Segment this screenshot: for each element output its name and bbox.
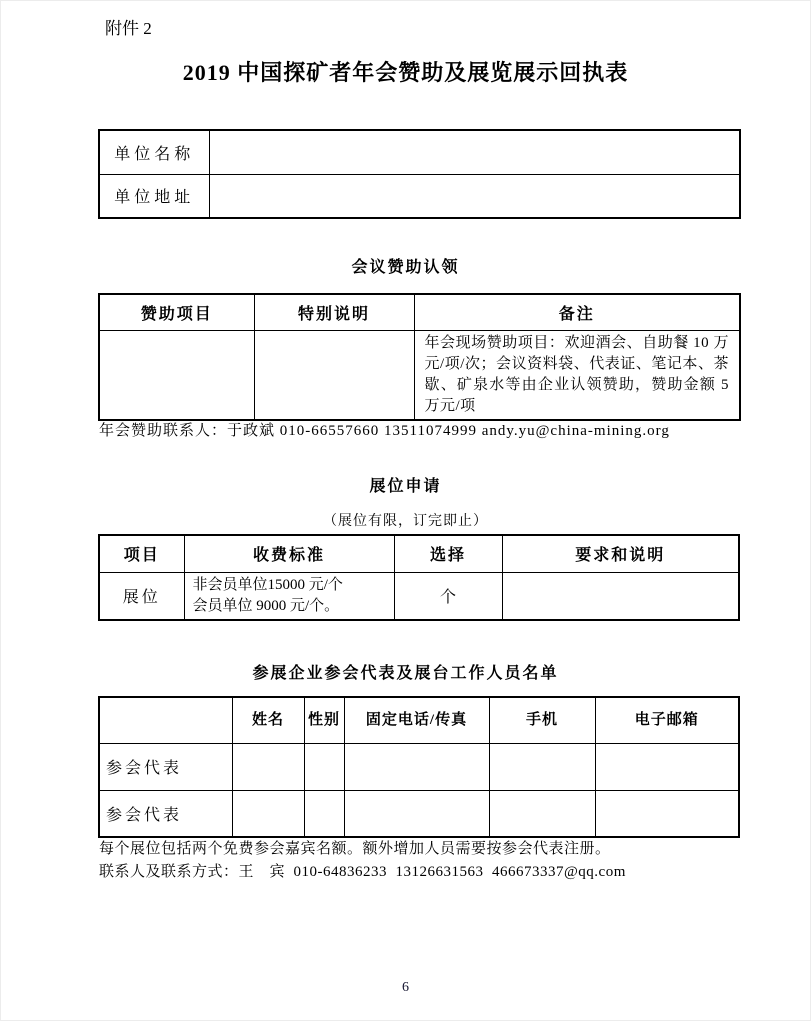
booth-header-item: 项目 [99, 535, 184, 572]
sponsorship-header-remark: 备注 [414, 294, 740, 330]
booth-item-cell: 展位 [99, 572, 184, 620]
staff-table: 姓名 性别 固定电话/传真 手机 电子邮箱 参会代表 参会代表 [98, 696, 740, 838]
sponsorship-remark-cell: 年会现场赞助项目：欢迎酒会、自助餐 10 万元/项/次；会议资料袋、代表证、笔记… [414, 330, 740, 420]
booth-quota-note: 每个展位包括两个免费参会嘉宾名额。额外增加人员需要按参会代表注册。 [99, 837, 611, 858]
exhibition-contact-line: 联系人及联系方式：王 宾 010-64836233 13126631563 46… [99, 860, 626, 881]
staff-row2-phone-cell [344, 790, 489, 837]
staff-row1-gender-cell [304, 743, 344, 790]
staff-header-row: 姓名 性别 固定电话/传真 手机 电子邮箱 [99, 697, 739, 743]
booth-header-choice: 选择 [394, 535, 502, 572]
unit-address-label: 单位地址 [99, 174, 209, 218]
staff-row1-label: 参会代表 [99, 743, 232, 790]
staff-row2-mobile-cell [489, 790, 595, 837]
booth-header-fee: 收费标准 [184, 535, 394, 572]
staff-header-phone-fax: 固定电话/传真 [344, 697, 489, 743]
staff-header-gender: 性别 [304, 697, 344, 743]
unit-name-value-cell [209, 130, 740, 174]
staff-row-2: 参会代表 [99, 790, 739, 837]
booth-fee-line1: 非会员单位15000 元/个 [193, 575, 386, 596]
sponsorship-special-cell [254, 330, 414, 420]
sponsorship-header-row: 赞助项目 特别说明 备注 [99, 294, 740, 330]
unit-info-table: 单位名称 单位地址 [98, 129, 741, 219]
booth-data-row: 展位 非会员单位15000 元/个 会员单位 9000 元/个。 个 [99, 572, 739, 620]
booth-requirement-cell [502, 572, 739, 620]
sponsorship-item-cell [99, 330, 254, 420]
booth-fee-line2: 会员单位 9000 元/个。 [193, 596, 386, 617]
sponsorship-data-row: 年会现场赞助项目：欢迎酒会、自助餐 10 万元/项/次；会议资料袋、代表证、笔记… [99, 330, 740, 420]
staff-header-blank [99, 697, 232, 743]
attachment-label: 附件 2 [105, 14, 152, 39]
sponsorship-table: 赞助项目 特别说明 备注 年会现场赞助项目：欢迎酒会、自助餐 10 万元/项/次… [98, 293, 741, 421]
staff-row2-label: 参会代表 [99, 790, 232, 837]
booth-table: 项目 收费标准 选择 要求和说明 展位 非会员单位15000 元/个 会员单位 … [98, 534, 740, 621]
booth-subtitle: （展位有限，订完即止） [1, 510, 810, 530]
staff-header-email: 电子邮箱 [595, 697, 739, 743]
staff-header-name: 姓名 [232, 697, 304, 743]
staff-row1-email-cell [595, 743, 739, 790]
staff-row1-phone-cell [344, 743, 489, 790]
staff-row1-name-cell [232, 743, 304, 790]
sponsorship-header-item: 赞助项目 [99, 294, 254, 330]
unit-address-row: 单位地址 [99, 174, 740, 218]
unit-name-label: 单位名称 [99, 130, 209, 174]
staff-row2-gender-cell [304, 790, 344, 837]
unit-address-value-cell [209, 174, 740, 218]
staff-section-title: 参展企业参会代表及展台工作人员名单 [1, 660, 810, 683]
unit-name-row: 单位名称 [99, 130, 740, 174]
page-number: 6 [1, 980, 810, 996]
staff-row2-email-cell [595, 790, 739, 837]
sponsorship-section-title: 会议赞助认领 [1, 254, 810, 277]
booth-fee-cell: 非会员单位15000 元/个 会员单位 9000 元/个。 [184, 572, 394, 620]
staff-row1-mobile-cell [489, 743, 595, 790]
booth-choice-cell: 个 [394, 572, 502, 620]
booth-header-row: 项目 收费标准 选择 要求和说明 [99, 535, 739, 572]
document-page: 附件 2 2019 中国探矿者年会赞助及展览展示回执表 单位名称 单位地址 会议… [0, 0, 811, 1021]
staff-header-mobile: 手机 [489, 697, 595, 743]
booth-section-title: 展位申请 [1, 473, 810, 496]
sponsorship-contact-line: 年会赞助联系人：于政斌 010-66557660 13511074999 and… [99, 419, 670, 440]
document-title: 2019 中国探矿者年会赞助及展览展示回执表 [1, 56, 810, 87]
sponsorship-header-special: 特别说明 [254, 294, 414, 330]
staff-row2-name-cell [232, 790, 304, 837]
staff-row-1: 参会代表 [99, 743, 739, 790]
booth-header-requirement: 要求和说明 [502, 535, 739, 572]
